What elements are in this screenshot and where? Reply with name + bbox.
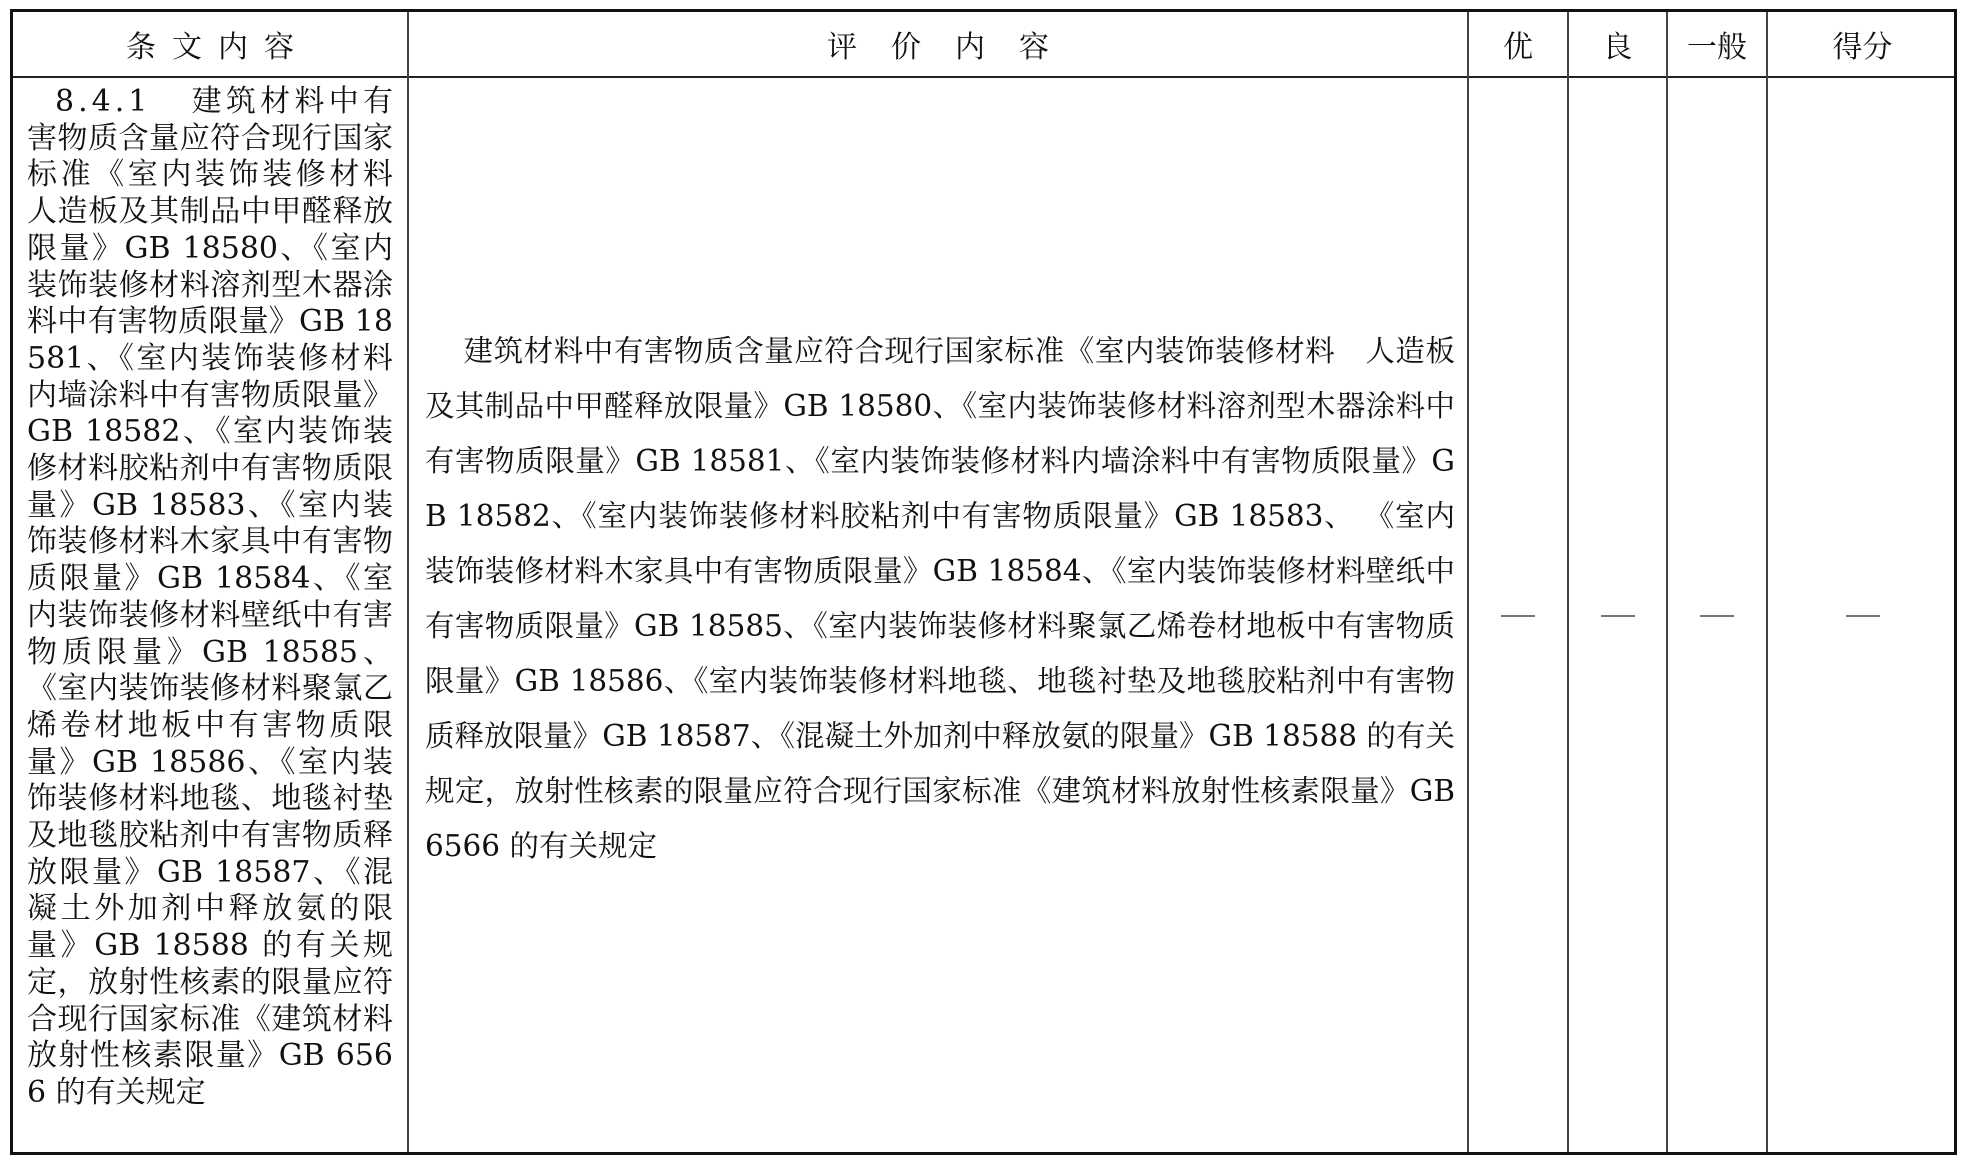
good-cell: —: [1569, 602, 1666, 632]
header-divider: [13, 76, 1954, 78]
header-clause-content: 条文内容: [13, 12, 407, 76]
fair-dash: [1700, 615, 1734, 617]
fair-cell: —: [1668, 602, 1766, 632]
header-excellent: 优: [1469, 12, 1567, 76]
column-divider-2: [1467, 12, 1469, 1152]
evaluation-text: 建筑材料中有害物质含量应符合现行国家标准《室内装饰装修材料 人造板及其制品中甲醛…: [425, 334, 1455, 863]
clause-text: 建筑材料中有害物质含量应符合现行国家标准《室内装饰装修材料 人造板及其制品中甲醛…: [27, 84, 423, 1110]
excellent-cell: —: [1469, 602, 1567, 632]
excellent-dash: [1501, 615, 1535, 617]
score-dash: [1846, 615, 1880, 617]
good-dash: [1601, 615, 1635, 617]
evaluation-table: 条文内容 评价内容 优 良 一般 得分 8.4.1建筑材料中有害物质含量应符合现…: [10, 9, 1957, 1155]
header-evaluation-content: 评价内容: [409, 12, 1467, 76]
clause-cell: 8.4.1建筑材料中有害物质含量应符合现行国家标准《室内装饰装修材料 人造板及其…: [27, 84, 393, 1112]
column-divider-5: [1766, 12, 1768, 1152]
header-good: 良: [1569, 12, 1666, 76]
evaluation-cell: 建筑材料中有害物质含量应符合现行国家标准《室内装饰装修材料 人造板及其制品中甲醛…: [425, 324, 1455, 874]
column-divider-3: [1567, 12, 1569, 1152]
header-score: 得分: [1768, 12, 1957, 76]
score-cell: —: [1768, 602, 1957, 632]
header-fair: 一般: [1668, 12, 1766, 76]
clause-number: 8.4.1: [55, 84, 151, 119]
column-divider-4: [1666, 12, 1668, 1152]
